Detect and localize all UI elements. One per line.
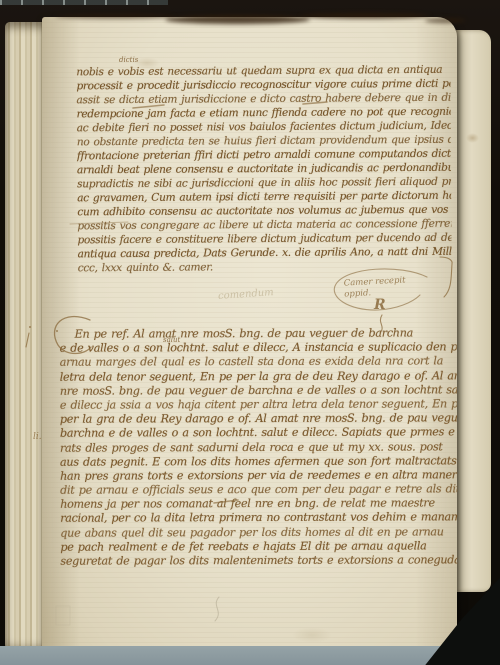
manuscript-line: nre mosS. bng. de pau veguer de barchna … — [60, 383, 457, 399]
manuscript-line: possitis facere e constituere libere dic… — [77, 231, 451, 248]
manuscript-line: que abans quel dit seu pagador per los d… — [60, 525, 457, 541]
interlinear-insertion: dictis — [119, 56, 138, 64]
manuscript-photo: nobis e vobis est necessariu ut quedam s… — [0, 0, 500, 665]
catalan-text-block: En pe ref. Al amat nre mosS. bng. de pau… — [60, 326, 458, 569]
burnt-top-edge — [55, 14, 175, 19]
manuscript-line: barchna e de valles o a son lochtnt. sal… — [60, 426, 457, 442]
margin-mark-li: li. — [33, 432, 42, 442]
burnt-top-edge — [300, 13, 430, 19]
next-folio-edge — [456, 30, 491, 592]
manuscript-line: racional, per co la dita letra primera n… — [60, 511, 457, 527]
interlinear-insertion: salut — [163, 336, 180, 344]
table-surface — [0, 646, 500, 665]
manuscript-line: no obstante predicta ten se huius fieri … — [77, 133, 451, 150]
manuscript-line: seguretat de pagar los dits malentenimet… — [60, 553, 457, 569]
photo-scale-bar — [0, 0, 168, 5]
manuscript-line: pe pach realment e de fet reebats e haja… — [60, 539, 457, 555]
manuscript-line: rats dles proges de sant sadurni dela ro… — [60, 440, 457, 456]
manuscript-line: arnau marges del qual es lo castell sta … — [60, 355, 457, 371]
manuscript-line: homens ja per nos comanat al feel nre en… — [60, 497, 457, 513]
burnt-top-edge — [165, 15, 310, 24]
manuscript-line: supradictis ne sibi ac jurisdiccioni que… — [77, 175, 451, 192]
manuscript-line: aus dats pegnit. E com los dits homes af… — [60, 454, 457, 470]
manuscript-line: letra dela tenor seguent, En pe per la g… — [60, 369, 457, 385]
parchment-stain — [292, 627, 332, 643]
manuscript-line: ccc, lxxx quinto &. camer. — [78, 259, 452, 276]
manuscript-line: han pres grans torts e extorsions per vi… — [60, 468, 457, 484]
ink-stain — [466, 133, 479, 143]
latin-text-block: nobis e vobis est necessariu ut quedam s… — [76, 63, 451, 276]
manuscript-line: e de valles o a son lochtnt. salut e dil… — [60, 340, 457, 356]
manuscript-line: e dilecc ja ssia a vos haja citent per a… — [60, 397, 457, 413]
manuscript-line: dit pe arnau e officials seus e aco que … — [60, 482, 457, 498]
notary-paraph: R — [374, 297, 386, 313]
manuscript-line: En pe ref. Al amat nre mosS. bng. de pau… — [60, 326, 457, 342]
burnt-top-edge — [425, 18, 465, 23]
manuscript-line: per la gra de deu Rey darago e of. Al am… — [60, 411, 457, 427]
manuscript-line: nobis e vobis est necessariu ut quedam s… — [76, 63, 450, 80]
manuscript-line: assit se dicta etiam jurisdiccione e dic… — [76, 91, 450, 108]
